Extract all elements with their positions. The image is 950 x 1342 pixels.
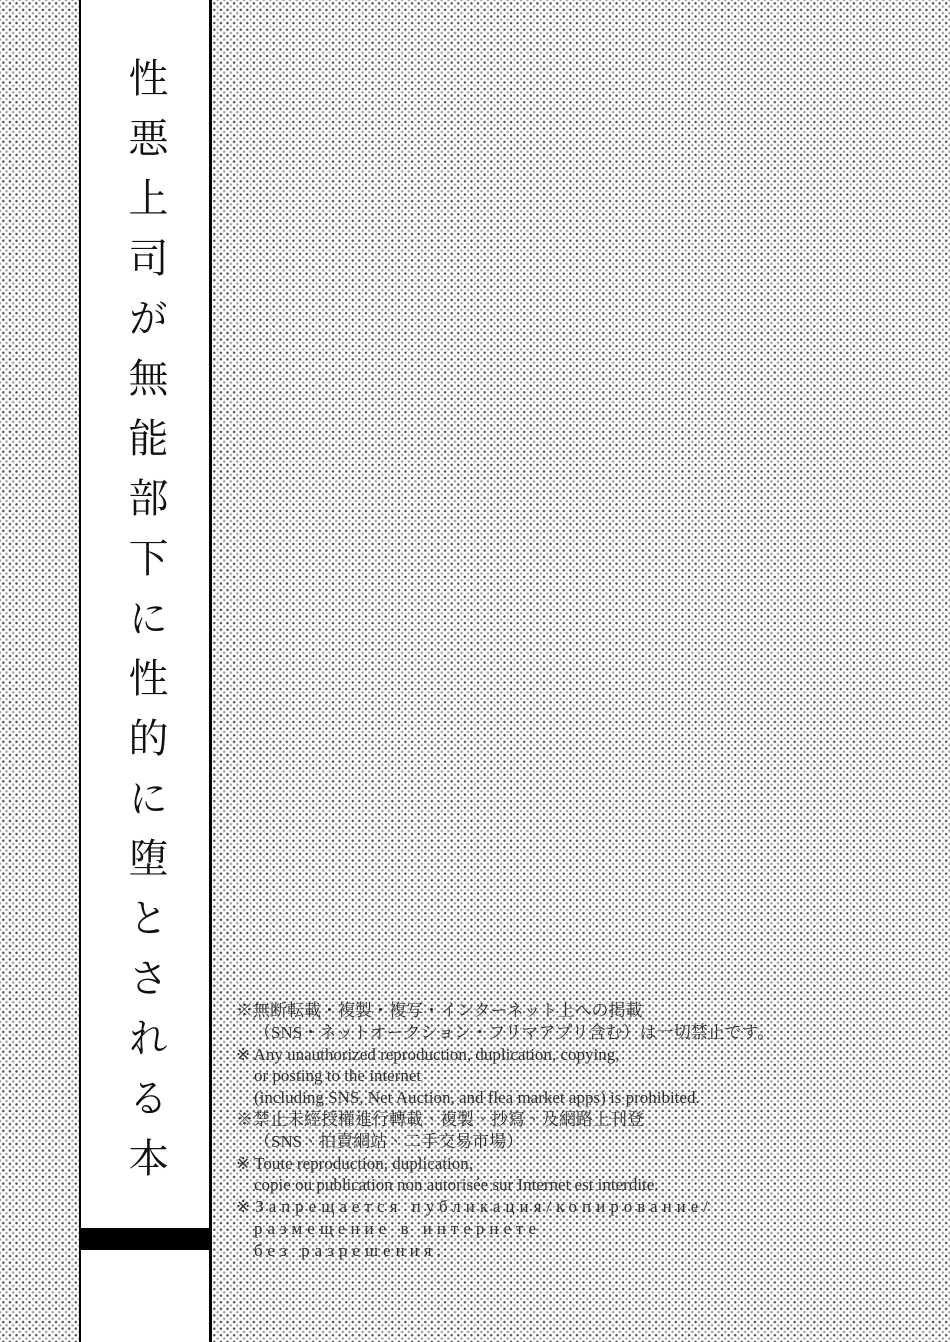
copyright-notice: ※無断転載・複製・複写・インターネット上への掲載 （SNS・ネットオークション・…: [236, 1000, 896, 1262]
scanned-page: 性悪上司が無能部下に性的に堕とされる本 ※無断転載・複製・複写・インターネット上…: [0, 0, 950, 1342]
notice-line-ru-3: без разрешения.: [236, 1240, 896, 1262]
notice-line-en-2: or posting to the internet: [236, 1065, 896, 1087]
notice-line-zh-2: （SNS、拍賣網站、二手交易市場）: [236, 1131, 896, 1153]
notice-line-fr-2: copie ou publication non autorisée sur I…: [236, 1174, 896, 1196]
notice-line-en-1: ※ Any unauthorized reproduction, duplica…: [236, 1044, 896, 1066]
title-strip: 性悪上司が無能部下に性的に堕とされる本: [79, 0, 212, 1342]
notice-line-ru-2: размещение в интернете: [236, 1218, 896, 1240]
notice-line-fr-1: ※ Toute reproduction, duplication,: [236, 1153, 896, 1175]
strip-bottom-bar: [81, 1228, 209, 1250]
notice-line-ja-2: （SNS・ネットオークション・フリマアプリ含む）は一切禁止です。: [236, 1022, 896, 1044]
notice-line-en-3: (including SNS, Net Auction, and flea ma…: [236, 1087, 896, 1109]
notice-line-ja-1: ※無断転載・複製・複写・インターネット上への掲載: [236, 1000, 896, 1022]
notice-line-ru-1: ※Запрещается публикация/копирование/: [236, 1196, 896, 1218]
book-title-vertical: 性悪上司が無能部下に性的に堕とされる本: [125, 57, 165, 1197]
notice-line-zh-1: ※禁止未經授權進行轉載、複製、抄寫、及網路上刊登: [236, 1109, 896, 1131]
